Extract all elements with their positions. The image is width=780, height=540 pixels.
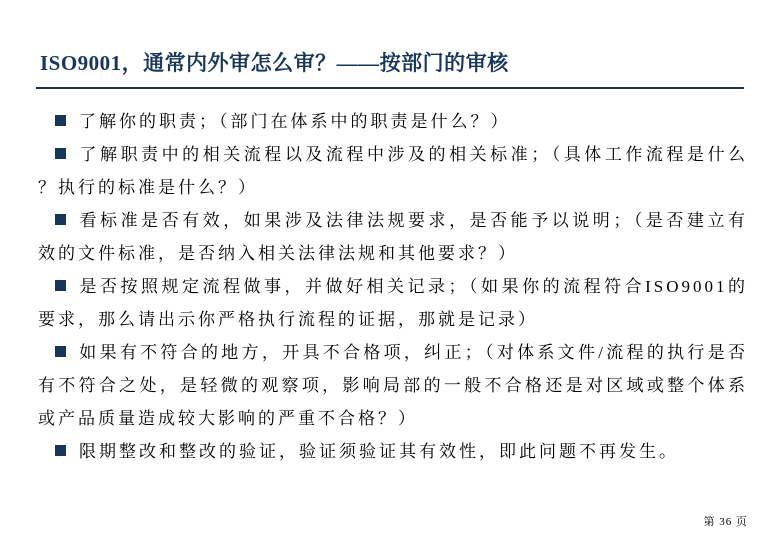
slide: ISO9001，通常内外审怎么审？——按部门的审核 了解你的职责；（部门在体系中…: [0, 0, 780, 540]
bullet-square-icon: [55, 214, 66, 225]
bullet-square-icon: [55, 346, 66, 357]
bullet-text: 如果有不符合的地方，开具不合格项，纠正；（对体系文件/流程的执行是否有不符合之处…: [38, 343, 748, 428]
bullet-item: 如果有不符合的地方，开具不合格项，纠正；（对体系文件/流程的执行是否有不符合之处…: [38, 336, 748, 435]
bullet-text: 了解职责中的相关流程以及流程中涉及的相关标准；（具体工作流程是什么？执行的标准是…: [38, 145, 748, 197]
bullet-list: 了解你的职责；（部门在体系中的职责是什么？） 了解职责中的相关流程以及流程中涉及…: [38, 105, 748, 468]
bullet-item: 了解你的职责；（部门在体系中的职责是什么？）: [38, 105, 748, 138]
bullet-square-icon: [55, 280, 66, 291]
title-underline: [36, 87, 744, 89]
page-number: 第 36 页: [704, 513, 749, 529]
bullet-item: 限期整改和整改的验证，验证须验证其有效性，即此问题不再发生。: [38, 435, 748, 468]
bullet-text: 看标准是否有效，如果涉及法律法规要求，是否能予以说明；（是否建立有效的文件标准，…: [38, 211, 748, 263]
bullet-item: 了解职责中的相关流程以及流程中涉及的相关标准；（具体工作流程是什么？执行的标准是…: [38, 138, 748, 204]
bullet-item: 看标准是否有效，如果涉及法律法规要求，是否能予以说明；（是否建立有效的文件标准，…: [38, 204, 748, 270]
bullet-square-icon: [55, 148, 66, 159]
bullet-text: 限期整改和整改的验证，验证须验证其有效性，即此问题不再发生。: [79, 442, 679, 461]
bullet-text: 是否按照规定流程做事，并做好相关记录；（如果你的流程符合ISO9001的要求，那…: [38, 277, 748, 329]
bullet-text: 了解你的职责；（部门在体系中的职责是什么？）: [79, 112, 511, 131]
bullet-item: 是否按照规定流程做事，并做好相关记录；（如果你的流程符合ISO9001的要求，那…: [38, 270, 748, 336]
bullet-square-icon: [55, 445, 66, 456]
page-title: ISO9001，通常内外审怎么审？——按部门的审核: [40, 47, 750, 77]
bullet-square-icon: [55, 115, 66, 126]
